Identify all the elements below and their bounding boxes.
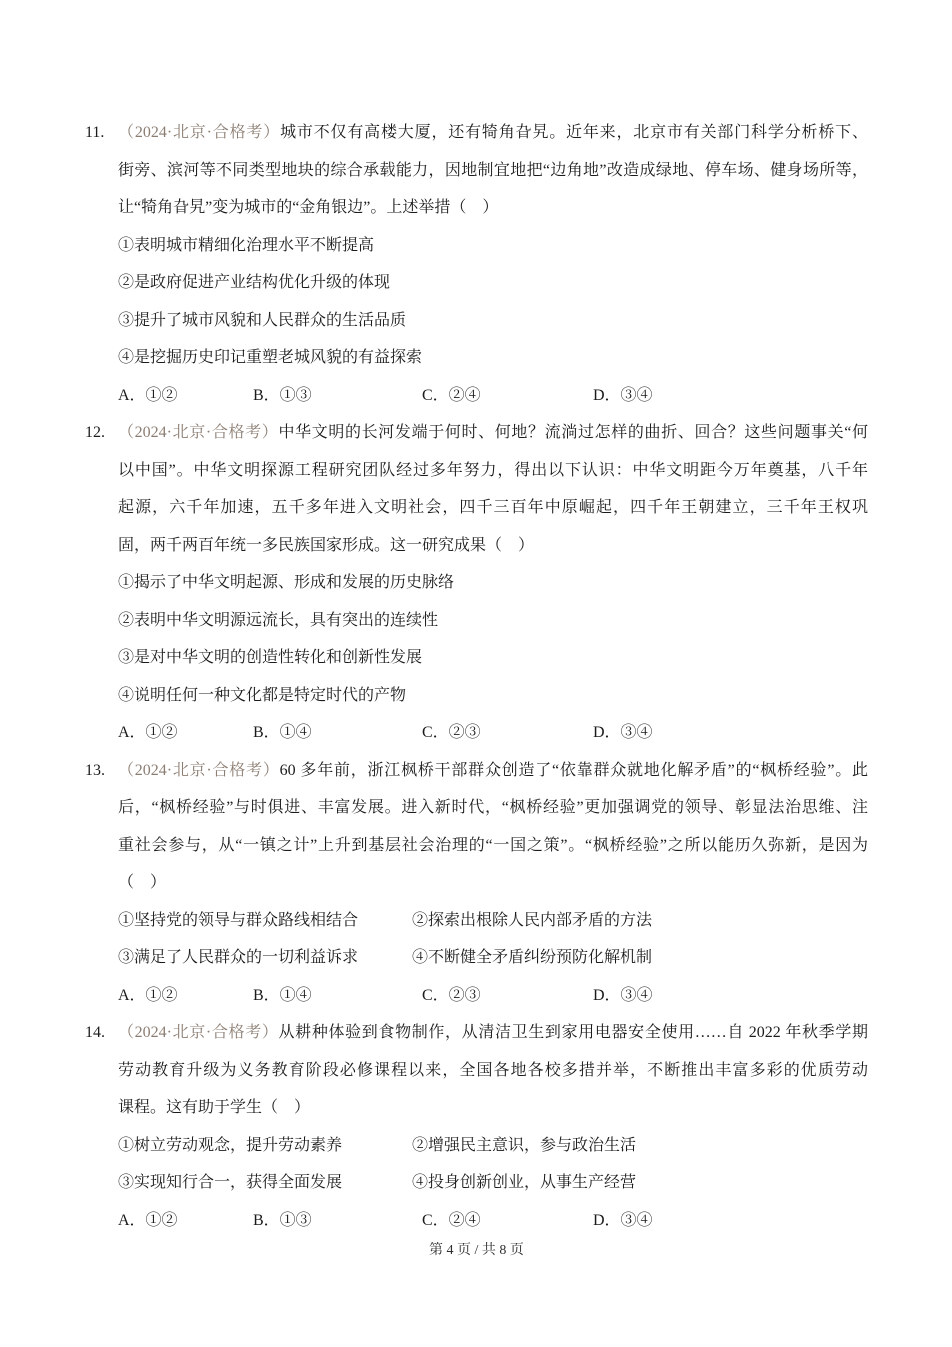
choice-option: A．①② xyxy=(118,377,253,415)
statement-line: ①揭示了中华文明起源、形成和发展的历史脉络 xyxy=(118,564,868,602)
choices-row: A．①②B．①④C．②③D．③④ xyxy=(118,977,868,1015)
statement-line: ①表明城市精细化治理水平不断提高 xyxy=(118,227,868,265)
question-item: 12.（2024·北京·合格考）中华文明的长河发端于何时、何地？流淌过怎样的曲折… xyxy=(85,414,868,752)
stem-line: （ ） xyxy=(118,864,868,902)
question-body: （2024·北京·合格考）中华文明的长河发端于何时、何地？流淌过怎样的曲折、回合… xyxy=(118,414,868,752)
question-body: （2024·北京·合格考）城市不仅有高楼大厦，还有犄角旮旯。近年来，北京市有关部… xyxy=(118,114,868,414)
choices-row: A．①②B．①③C．②④D．③④ xyxy=(118,377,868,415)
choice-option: C．②③ xyxy=(422,977,593,1015)
choice-option: C．②③ xyxy=(422,714,593,752)
stem-line: 街旁、滨河等不同类型地块的综合承载能力，因地制宜地把“边角地”改造成绿地、停车场… xyxy=(118,152,868,190)
question-item: 14.（2024·北京·合格考）从耕种体验到食物制作，从清洁卫生到家用电器安全使… xyxy=(85,1014,868,1239)
choice-option: D．③④ xyxy=(593,377,653,415)
question-item: 13.（2024·北京·合格考）60 多年前，浙江枫桥干部群众创造了“依靠群众就… xyxy=(85,752,868,1015)
exam-page: 11.（2024·北京·合格考）城市不仅有高楼大厦，还有犄角旮旯。近年来，北京市… xyxy=(0,0,952,1261)
stem-line: 以中国”。中华文明探源工程研究团队经过多年努力，得出以下认识：中华文明距今万年奠… xyxy=(118,452,868,490)
question-item: 11.（2024·北京·合格考）城市不仅有高楼大厦，还有犄角旮旯。近年来，北京市… xyxy=(85,114,868,414)
choice-option: D．③④ xyxy=(593,714,653,752)
choice-option: B．①③ xyxy=(253,1202,422,1240)
source-tag: （2024·北京·合格考） xyxy=(118,424,278,441)
choice-option: A．①② xyxy=(118,977,253,1015)
stem-text: 60 多年前，浙江枫桥干部群众创造了“依靠群众就地化解矛盾”的“枫桥经验”。此 xyxy=(280,762,868,779)
source-tag: （2024·北京·合格考） xyxy=(118,1024,279,1041)
statement-item: ②探索出根除人民内部矛盾的方法 xyxy=(412,912,652,929)
statement-item: ①树立劳动观念，提升劳动素养 xyxy=(118,1127,412,1165)
choices-row: A．①②B．①③C．②④D．③④ xyxy=(118,1202,868,1240)
stem-line: 重社会参与，从“一镇之计”上升到基层社会治理的“一国之策”。“枫桥经验”之所以能… xyxy=(118,827,868,865)
stem-line: （2024·北京·合格考）城市不仅有高楼大厦，还有犄角旮旯。近年来，北京市有关部… xyxy=(118,114,868,152)
choice-option: A．①② xyxy=(118,714,253,752)
statement-row: ③实现知行合一，获得全面发展④投身创新创业，从事生产经营 xyxy=(118,1164,868,1202)
stem-line: 固，两千两百年统一多民族国家形成。这一研究成果（ ） xyxy=(118,527,868,565)
question-list: 11.（2024·北京·合格考）城市不仅有高楼大厦，还有犄角旮旯。近年来，北京市… xyxy=(85,114,868,1239)
statement-line: ④是挖掘历史印记重塑老城风貌的有益探索 xyxy=(118,339,868,377)
choice-option: A．①② xyxy=(118,1202,253,1240)
statement-item: ③实现知行合一，获得全面发展 xyxy=(118,1164,412,1202)
statement-line: ③提升了城市风貌和人民群众的生活品质 xyxy=(118,302,868,340)
statement-line: ②表明中华文明源远流长，具有突出的连续性 xyxy=(118,602,868,640)
statement-line: ④说明任何一种文化都是特定时代的产物 xyxy=(118,677,868,715)
stem-text: 从耕种体验到食物制作，从清洁卫生到家用电器安全使用……自 2022 年秋季学期 xyxy=(279,1024,868,1041)
page-footer: 第 4 页 / 共 8 页 xyxy=(85,1241,868,1261)
choice-option: D．③④ xyxy=(593,1202,653,1240)
source-tag: （2024·北京·合格考） xyxy=(118,762,280,779)
choice-option: B．①③ xyxy=(253,377,422,415)
stem-line: 劳动教育升级为义务教育阶段必修课程以来，全国各地各校多措并举，不断推出丰富多彩的… xyxy=(118,1052,868,1090)
choice-option: C．②④ xyxy=(422,1202,593,1240)
question-number: 12. xyxy=(85,414,118,452)
choice-option: B．①④ xyxy=(253,714,422,752)
stem-line: （2024·北京·合格考）从耕种体验到食物制作，从清洁卫生到家用电器安全使用……… xyxy=(118,1014,868,1052)
stem-text: 中华文明的长河发端于何时、何地？流淌过怎样的曲折、回合？这些问题事关“何 xyxy=(278,424,868,441)
stem-line: 后，“枫桥经验”与时俱进、丰富发展。进入新时代，“枫桥经验”更加强调党的领导、彰… xyxy=(118,789,868,827)
statement-row: ①坚持党的领导与群众路线相结合②探索出根除人民内部矛盾的方法 xyxy=(118,902,868,940)
statement-row: ③满足了人民群众的一切利益诉求④不断健全矛盾纠纷预防化解机制 xyxy=(118,939,868,977)
statement-row: ①树立劳动观念，提升劳动素养②增强民主意识，参与政治生活 xyxy=(118,1127,868,1165)
stem-line: （2024·北京·合格考）中华文明的长河发端于何时、何地？流淌过怎样的曲折、回合… xyxy=(118,414,868,452)
stem-line: 让“犄角旮旯”变为城市的“金角银边”。上述举措（ ） xyxy=(118,189,868,227)
statement-item: ④不断健全矛盾纠纷预防化解机制 xyxy=(412,949,652,966)
statement-item: ①坚持党的领导与群众路线相结合 xyxy=(118,902,412,940)
choices-row: A．①②B．①④C．②③D．③④ xyxy=(118,714,868,752)
statement-item: ②增强民主意识，参与政治生活 xyxy=(412,1137,636,1154)
question-number: 13. xyxy=(85,752,118,790)
stem-line: 起源，六千年加速，五千多年进入文明社会，四千三百年中原崛起，四千年王朝建立，三千… xyxy=(118,489,868,527)
source-tag: （2024·北京·合格考） xyxy=(118,124,280,141)
question-number: 14. xyxy=(85,1014,118,1052)
question-body: （2024·北京·合格考）60 多年前，浙江枫桥干部群众创造了“依靠群众就地化解… xyxy=(118,752,868,1015)
statement-line: ③是对中华文明的创造性转化和创新性发展 xyxy=(118,639,868,677)
question-number: 11. xyxy=(85,114,118,152)
stem-line: （2024·北京·合格考）60 多年前，浙江枫桥干部群众创造了“依靠群众就地化解… xyxy=(118,752,868,790)
statement-item: ③满足了人民群众的一切利益诉求 xyxy=(118,939,412,977)
stem-text: 城市不仅有高楼大厦，还有犄角旮旯。近年来，北京市有关部门科学分析桥下、 xyxy=(280,124,868,141)
statement-line: ②是政府促进产业结构优化升级的体现 xyxy=(118,264,868,302)
question-body: （2024·北京·合格考）从耕种体验到食物制作，从清洁卫生到家用电器安全使用……… xyxy=(118,1014,868,1239)
choice-option: D．③④ xyxy=(593,977,653,1015)
choice-option: C．②④ xyxy=(422,377,593,415)
stem-line: 课程。这有助于学生（ ） xyxy=(118,1089,868,1127)
choice-option: B．①④ xyxy=(253,977,422,1015)
statement-item: ④投身创新创业，从事生产经营 xyxy=(412,1174,636,1191)
